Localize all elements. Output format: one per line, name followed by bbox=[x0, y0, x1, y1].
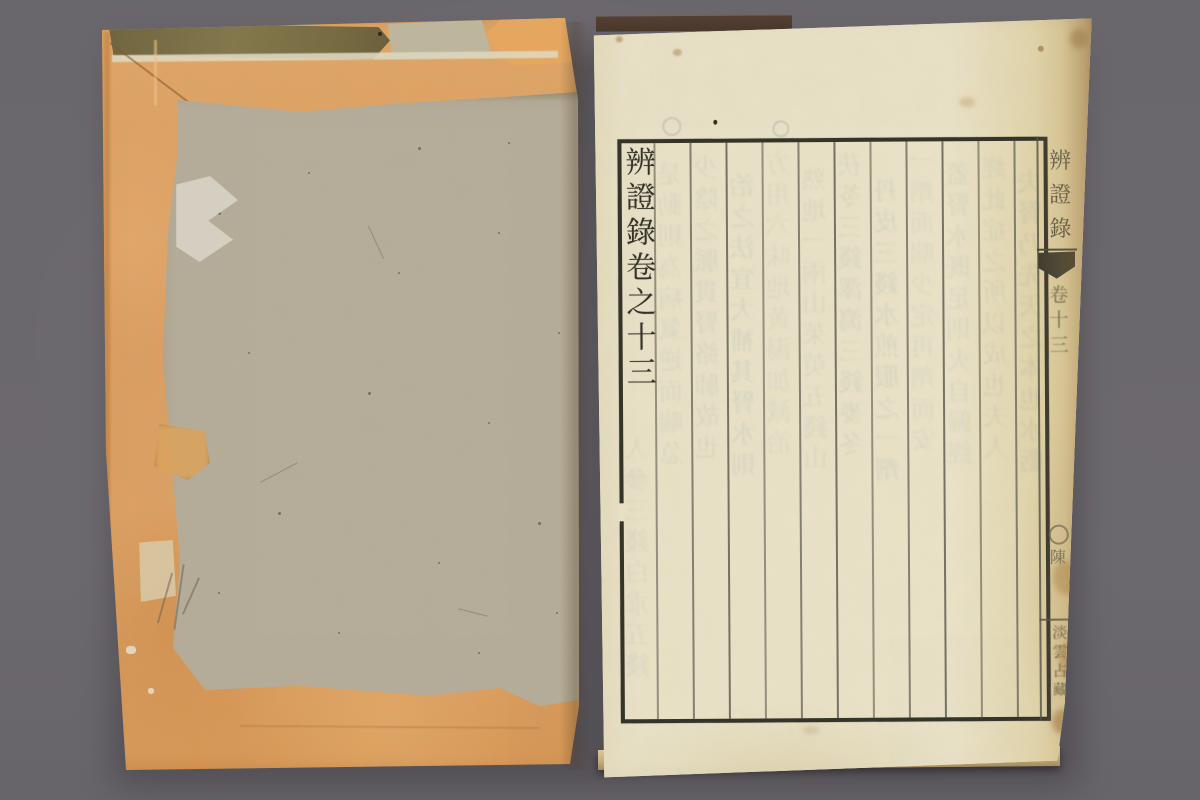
white-fleck bbox=[126, 646, 136, 654]
board-speck bbox=[508, 142, 510, 144]
board-speck bbox=[498, 232, 500, 234]
bleedthrough-text-layer: 人參三錢白朮五錢是動則為病氣逆而喘急少陰之脈貫腎絡肺故也治之法宜大補其腎水則方用… bbox=[570, 12, 1098, 15]
fishtail-top-line bbox=[1037, 249, 1077, 251]
board-speck bbox=[308, 692, 311, 695]
ghost-circle-mark bbox=[662, 117, 681, 136]
ghost-circle-mark bbox=[772, 120, 789, 137]
fold-highlight bbox=[154, 40, 157, 106]
board-speck bbox=[556, 612, 558, 614]
fiber-hair bbox=[368, 226, 384, 259]
cover-outer-edge bbox=[104, 32, 110, 768]
board-speck bbox=[478, 652, 480, 654]
bleedthrough-column: 經此症之所以成也夫人 bbox=[978, 155, 1016, 717]
board-speck bbox=[218, 592, 220, 594]
board-speck bbox=[338, 632, 340, 634]
bleedthrough-column: 熟地一兩山茱萸五錢山 bbox=[798, 166, 836, 718]
bleedthrough-column: 一劑而喘少定再劑而安 bbox=[905, 147, 943, 717]
spine-circle-mark bbox=[1049, 525, 1069, 545]
board-top-shadow bbox=[158, 92, 580, 102]
board-speck bbox=[308, 172, 310, 174]
board-speck bbox=[278, 512, 281, 515]
foxing-spot bbox=[1038, 46, 1044, 52]
bleedthrough-column: 丹皮三錢水煎服之一劑 bbox=[870, 178, 908, 718]
bleedthrough-column: 夫腎乃先天之本也水虧 bbox=[1014, 169, 1052, 717]
bleedthrough-column: 蓋腎水既足則火自歸經 bbox=[942, 161, 980, 717]
board-speck bbox=[418, 147, 421, 150]
white-fleck bbox=[148, 688, 154, 694]
bleedthrough-column: 少陰之脈貫腎絡肺故也 bbox=[690, 155, 728, 719]
bleedthrough-column: 人參三錢白朮五錢 bbox=[620, 435, 657, 719]
bleedthrough-column: 治之法宜大補其腎水則 bbox=[726, 172, 764, 718]
spine-title-text: 辨證錄 bbox=[1043, 149, 1071, 251]
column-rule-lines bbox=[570, 12, 1098, 15]
foxing-spot bbox=[802, 726, 820, 734]
gutter-shadow bbox=[560, 22, 588, 770]
photo-backdrop: 人參三錢白朮五錢是動則為病氣逆而喘急少陰之脈貫腎絡肺故也治之法宜大補其腎水則方用… bbox=[0, 0, 1200, 800]
foxing-spot bbox=[959, 97, 975, 107]
fiber-hair bbox=[458, 608, 487, 616]
board-speck bbox=[368, 392, 371, 395]
page-stack-top-edge bbox=[596, 15, 792, 31]
bleedthrough-column: 方用六味地黃湯加減治 bbox=[761, 150, 799, 718]
board-speck bbox=[488, 422, 490, 424]
bleedthrough-column: 是動則為病氣逆而喘急 bbox=[654, 161, 692, 719]
bottom-crease bbox=[240, 725, 540, 729]
pale-worn-patch bbox=[136, 540, 176, 602]
foxing-spot bbox=[616, 36, 623, 42]
bleedthrough-column: 茯苓三錢澤瀉三錢麥冬 bbox=[833, 152, 871, 718]
board-speck bbox=[248, 352, 250, 354]
ink-speck bbox=[378, 32, 382, 36]
board-speck bbox=[398, 272, 400, 274]
printed-page: 人參三錢白朮五錢是動則為病氣逆而喘急少陰之脈貫腎絡肺故也治之法宜大補其腎水則方用… bbox=[570, 12, 1103, 787]
ink-fleck bbox=[713, 120, 717, 125]
board-speck bbox=[438, 562, 440, 564]
edge-stain bbox=[1070, 28, 1088, 48]
board-speck bbox=[538, 522, 541, 525]
inside-front-cover bbox=[92, 16, 580, 776]
spine-juan-label: 卷十三 bbox=[1045, 285, 1068, 360]
chapter-title-column: 辨證錄卷之十三 bbox=[618, 146, 656, 416]
foxing-spot bbox=[673, 49, 682, 56]
fiber-hair bbox=[260, 462, 298, 483]
